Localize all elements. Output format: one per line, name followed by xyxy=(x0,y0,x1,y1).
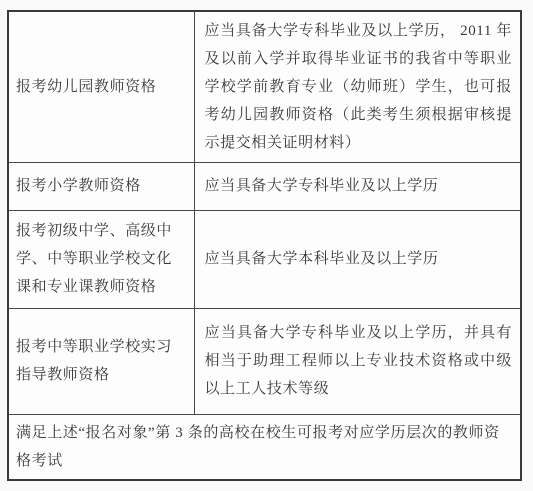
document-page: 报考幼儿园教师资格 应当具备大学专科毕业及以上学历， 2011 年及以前入学并取… xyxy=(0,0,533,491)
table-row-primary: 报考小学教师资格 应当具备大学专科毕业及以上学历 xyxy=(8,162,521,210)
table-row-vocational: 报考中等职业学校实习指导教师资格 应当具备大学专科毕业及以上学历，并具有相当于助… xyxy=(8,308,521,414)
requirement-vocational: 应当具备大学专科毕业及以上学历，并具有相当于助理工程师以上专业技术资格或中级以上… xyxy=(194,308,521,414)
table-row-secondary: 报考初级中学、高级中学、中等职业学校文化课和专业课教师资格 应当具备大学本科毕业… xyxy=(8,210,521,308)
qualification-type-primary: 报考小学教师资格 xyxy=(8,162,194,210)
table-row-footnote: 满足上述“报名对象”第 3 条的高校在校生可报考对应学历层次的教师资格考试 xyxy=(8,414,521,480)
qualification-table: 报考幼儿园教师资格 应当具备大学专科毕业及以上学历， 2011 年及以前入学并取… xyxy=(7,10,522,481)
requirement-kindergarten: 应当具备大学专科毕业及以上学历， 2011 年及以前入学并取得毕业证书的我省中等… xyxy=(194,11,521,162)
requirement-secondary: 应当具备大学本科毕业及以上学历 xyxy=(194,210,521,308)
qualification-type-secondary: 报考初级中学、高级中学、中等职业学校文化课和专业课教师资格 xyxy=(8,210,194,308)
qualification-type-kindergarten: 报考幼儿园教师资格 xyxy=(8,11,194,162)
table-row-kindergarten: 报考幼儿园教师资格 应当具备大学专科毕业及以上学历， 2011 年及以前入学并取… xyxy=(8,11,521,162)
qualification-type-vocational: 报考中等职业学校实习指导教师资格 xyxy=(8,308,194,414)
footnote-cell: 满足上述“报名对象”第 3 条的高校在校生可报考对应学历层次的教师资格考试 xyxy=(8,414,521,480)
requirement-primary: 应当具备大学专科毕业及以上学历 xyxy=(194,162,521,210)
